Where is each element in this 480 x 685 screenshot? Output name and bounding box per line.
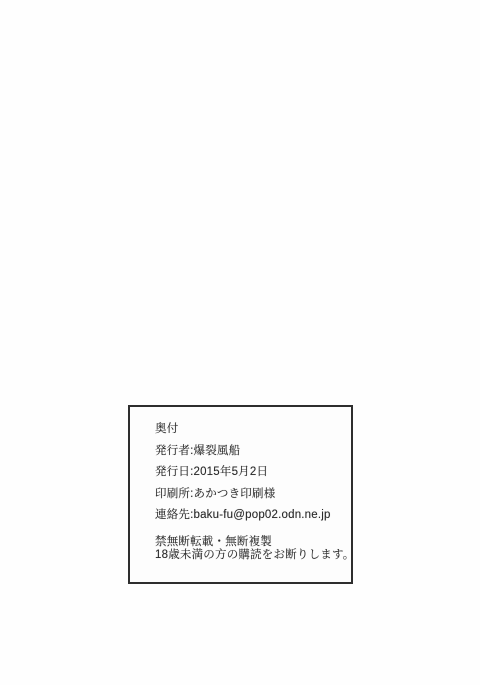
colophon-box: 奥付 発行者:爆裂風船 発行日:2015年5月2日 印刷所:あかつき印刷様 連絡… <box>128 405 353 584</box>
scanned-document-page: 奥付 発行者:爆裂風船 発行日:2015年5月2日 印刷所:あかつき印刷様 連絡… <box>0 0 480 685</box>
colophon-entry-publication-date: 発行日:2015年5月2日 <box>155 462 343 484</box>
colophon-content: 奥付 発行者:爆裂風船 発行日:2015年5月2日 印刷所:あかつき印刷様 連絡… <box>130 407 351 563</box>
colophon-notice: 禁無断転載・無断複製 18歳未満の方の購読をお断りします。 <box>155 536 343 563</box>
notice-age-restriction: 18歳未満の方の購読をお断りします。 <box>155 549 343 563</box>
colophon-entry-contact-email: 連絡先:baku-fu@pop02.odn.ne.jp <box>155 505 343 527</box>
colophon-heading: 奥付 <box>155 419 343 441</box>
colophon-entry-publisher: 発行者:爆裂風船 <box>155 441 343 463</box>
colophon-entry-printer: 印刷所:あかつき印刷様 <box>155 484 343 506</box>
notice-no-reproduction: 禁無断転載・無断複製 <box>155 536 343 550</box>
